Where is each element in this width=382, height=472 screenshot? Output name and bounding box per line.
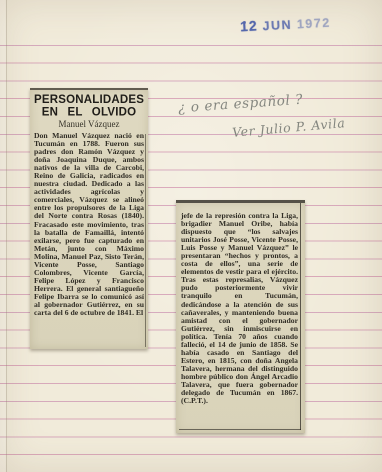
bottom-rule — [179, 429, 301, 430]
clipping-byline: Manuel Vázquez — [34, 119, 144, 130]
page-margin-line — [6, 0, 7, 472]
newspaper-clipping-left: PERSONALIDADES EN EL OLVIDO Manuel Vázqu… — [30, 88, 148, 349]
column-rule — [145, 134, 146, 347]
stamp-year: 1972 — [297, 16, 331, 32]
date-stamp: 12 JUN 1972 — [240, 14, 331, 35]
clipping-body-right: jefe de la represión contra la Liga, bri… — [181, 212, 298, 405]
handwritten-reference: Ver Julio P. Avila — [232, 115, 346, 140]
newspaper-clipping-right: jefe de la represión contra la Liga, bri… — [176, 200, 305, 433]
clipping-headline: PERSONALIDADES EN EL OLVIDO — [34, 93, 144, 119]
notebook-page: 12 JUN 1972 ¿ o era español ? Ver Julio … — [0, 0, 382, 472]
clipping-body-left: Don Manuel Vázquez nació en Tucumán en 1… — [34, 132, 144, 317]
stamp-month: JUN — [262, 18, 292, 34]
stamp-day: 12 — [240, 17, 258, 34]
headline-line2: EN EL OLVIDO — [42, 106, 137, 119]
handwritten-question: ¿ o era español ? — [178, 92, 304, 117]
column-rule — [300, 203, 301, 430]
headline-line1: PERSONALIDADES — [34, 93, 144, 106]
